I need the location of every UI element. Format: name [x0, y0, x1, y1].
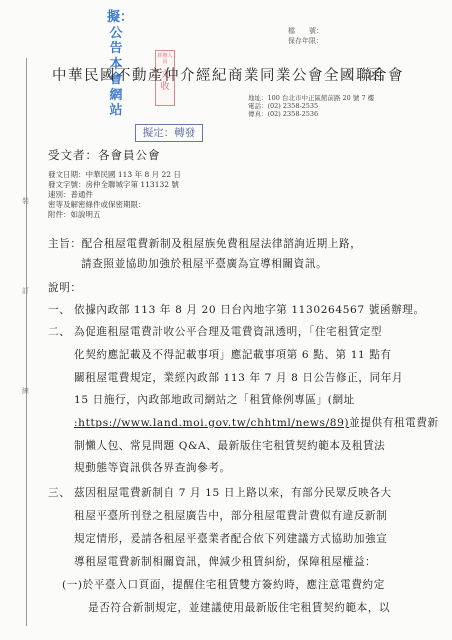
- item-3-line-3: 規定情形，爰請各租屋平臺業者配合依下列建議方式協助加強宣: [74, 531, 387, 546]
- subject-label: 主旨：: [48, 238, 82, 250]
- doc-security: 密等及解密條件或保密期限：: [48, 200, 146, 210]
- retention-label: 保存年限：: [288, 37, 323, 46]
- item-2-line-6: 制懶人包、常見問題 Q&A、最新版住宅租賃契約範本及租賃法: [74, 438, 385, 453]
- item-1-line-1: 依據內政部 113 年 8 月 20 日台內地字第 1130264567 號函辦…: [74, 302, 425, 317]
- binding-mark-2: 訂: [22, 286, 29, 296]
- item-3-line-2: 租屋平臺所刊登之租屋廣告中，部分租屋電費計費似有違反新制: [74, 508, 387, 523]
- subject-line-1: 主旨：配合租屋電費新制及租屋族免費租屋法律諮詢近期上路，: [48, 236, 361, 251]
- doc-date: 發文日期：中華民國 113 年 8 月 22 日: [48, 170, 181, 180]
- moi-url-link[interactable]: :https://www.land.moi.gov.tw/chhtml/news…: [74, 417, 349, 429]
- fax: 傳真：(02) 2358-2536: [248, 110, 318, 118]
- sub-item-1-line-1: (一)於平臺入口頁面，提醒住宅租賃雙方簽約時，應注意電費約定: [62, 577, 385, 592]
- item-1-num: 一、: [48, 302, 70, 317]
- item-2-line-4: 15 日施行，內政部地政司網站之「租賃條例專區」(網址: [74, 392, 355, 407]
- doc-attachment: 附件：如說明五: [48, 210, 101, 220]
- sub-item-1-line-2: 是否符合新制規定，並建議使用最新版住宅租賃契約範本，以: [88, 600, 390, 615]
- binding-line: [26, 58, 27, 626]
- binding-mark-1: 裝: [22, 196, 29, 206]
- stamp-received-top: 經辦人員: [156, 51, 174, 65]
- doc-number: 發文字號：房仲全聯城字第 113132 號: [48, 180, 179, 190]
- item-2-line-1: 為促進租屋電費計收公平合理及電費資訊透明，「住宅租賃定型: [74, 324, 382, 339]
- item-2-line-7: 規動態等資訊供各界查詢參考。: [74, 460, 231, 475]
- item-2-line-5: :https://www.land.moi.gov.tw/chhtml/news…: [74, 415, 439, 430]
- doc-speed: 速別：普通件: [48, 190, 93, 200]
- recipient: 受文者：各會員公會: [48, 147, 161, 163]
- item-2-num: 二、: [48, 324, 70, 339]
- item-2-line-2: 化契約應記載及不得記載事項」應記載事項第 6 點、第 11 點有: [74, 347, 392, 362]
- address: 地址：100 台北市中正區館前路 20 號 7 樓: [248, 94, 374, 102]
- item-2-line-3: 關租屋電費規定，業經內政部 113 年 7 月 8 日公告修正，同年月: [74, 370, 403, 385]
- item-3-line-1: 茲因租屋電費新制自 7 月 15 日上路以來，有部分民眾反映各大: [74, 485, 392, 500]
- subject-line-2: 請查照並協助加強於租屋平臺廣為宣導相關資訊。: [81, 256, 327, 271]
- org-title: 中華民國不動產仲介經紀商業同業公會全國聯合會: [52, 64, 404, 85]
- doc-type: 函: [368, 64, 384, 85]
- recipient-label: 受文者：: [48, 148, 98, 162]
- item-3-line-4: 導租屋電費新制相關資訊，俾減少租賃糾紛，保障租屋權益：: [74, 554, 376, 569]
- file-number-label: 檔 號：: [288, 27, 323, 36]
- binding-mark-3: 線: [22, 386, 29, 396]
- sub-item-1-num: (一): [62, 579, 83, 591]
- phone: 電話：(02) 2358-2535: [248, 102, 318, 110]
- recipient-value: 各會員公會: [98, 148, 161, 162]
- stamp-forward: 擬定：轉發: [135, 124, 203, 142]
- item-3-num: 三、: [48, 485, 70, 500]
- explanation-label: 說明：: [48, 280, 82, 295]
